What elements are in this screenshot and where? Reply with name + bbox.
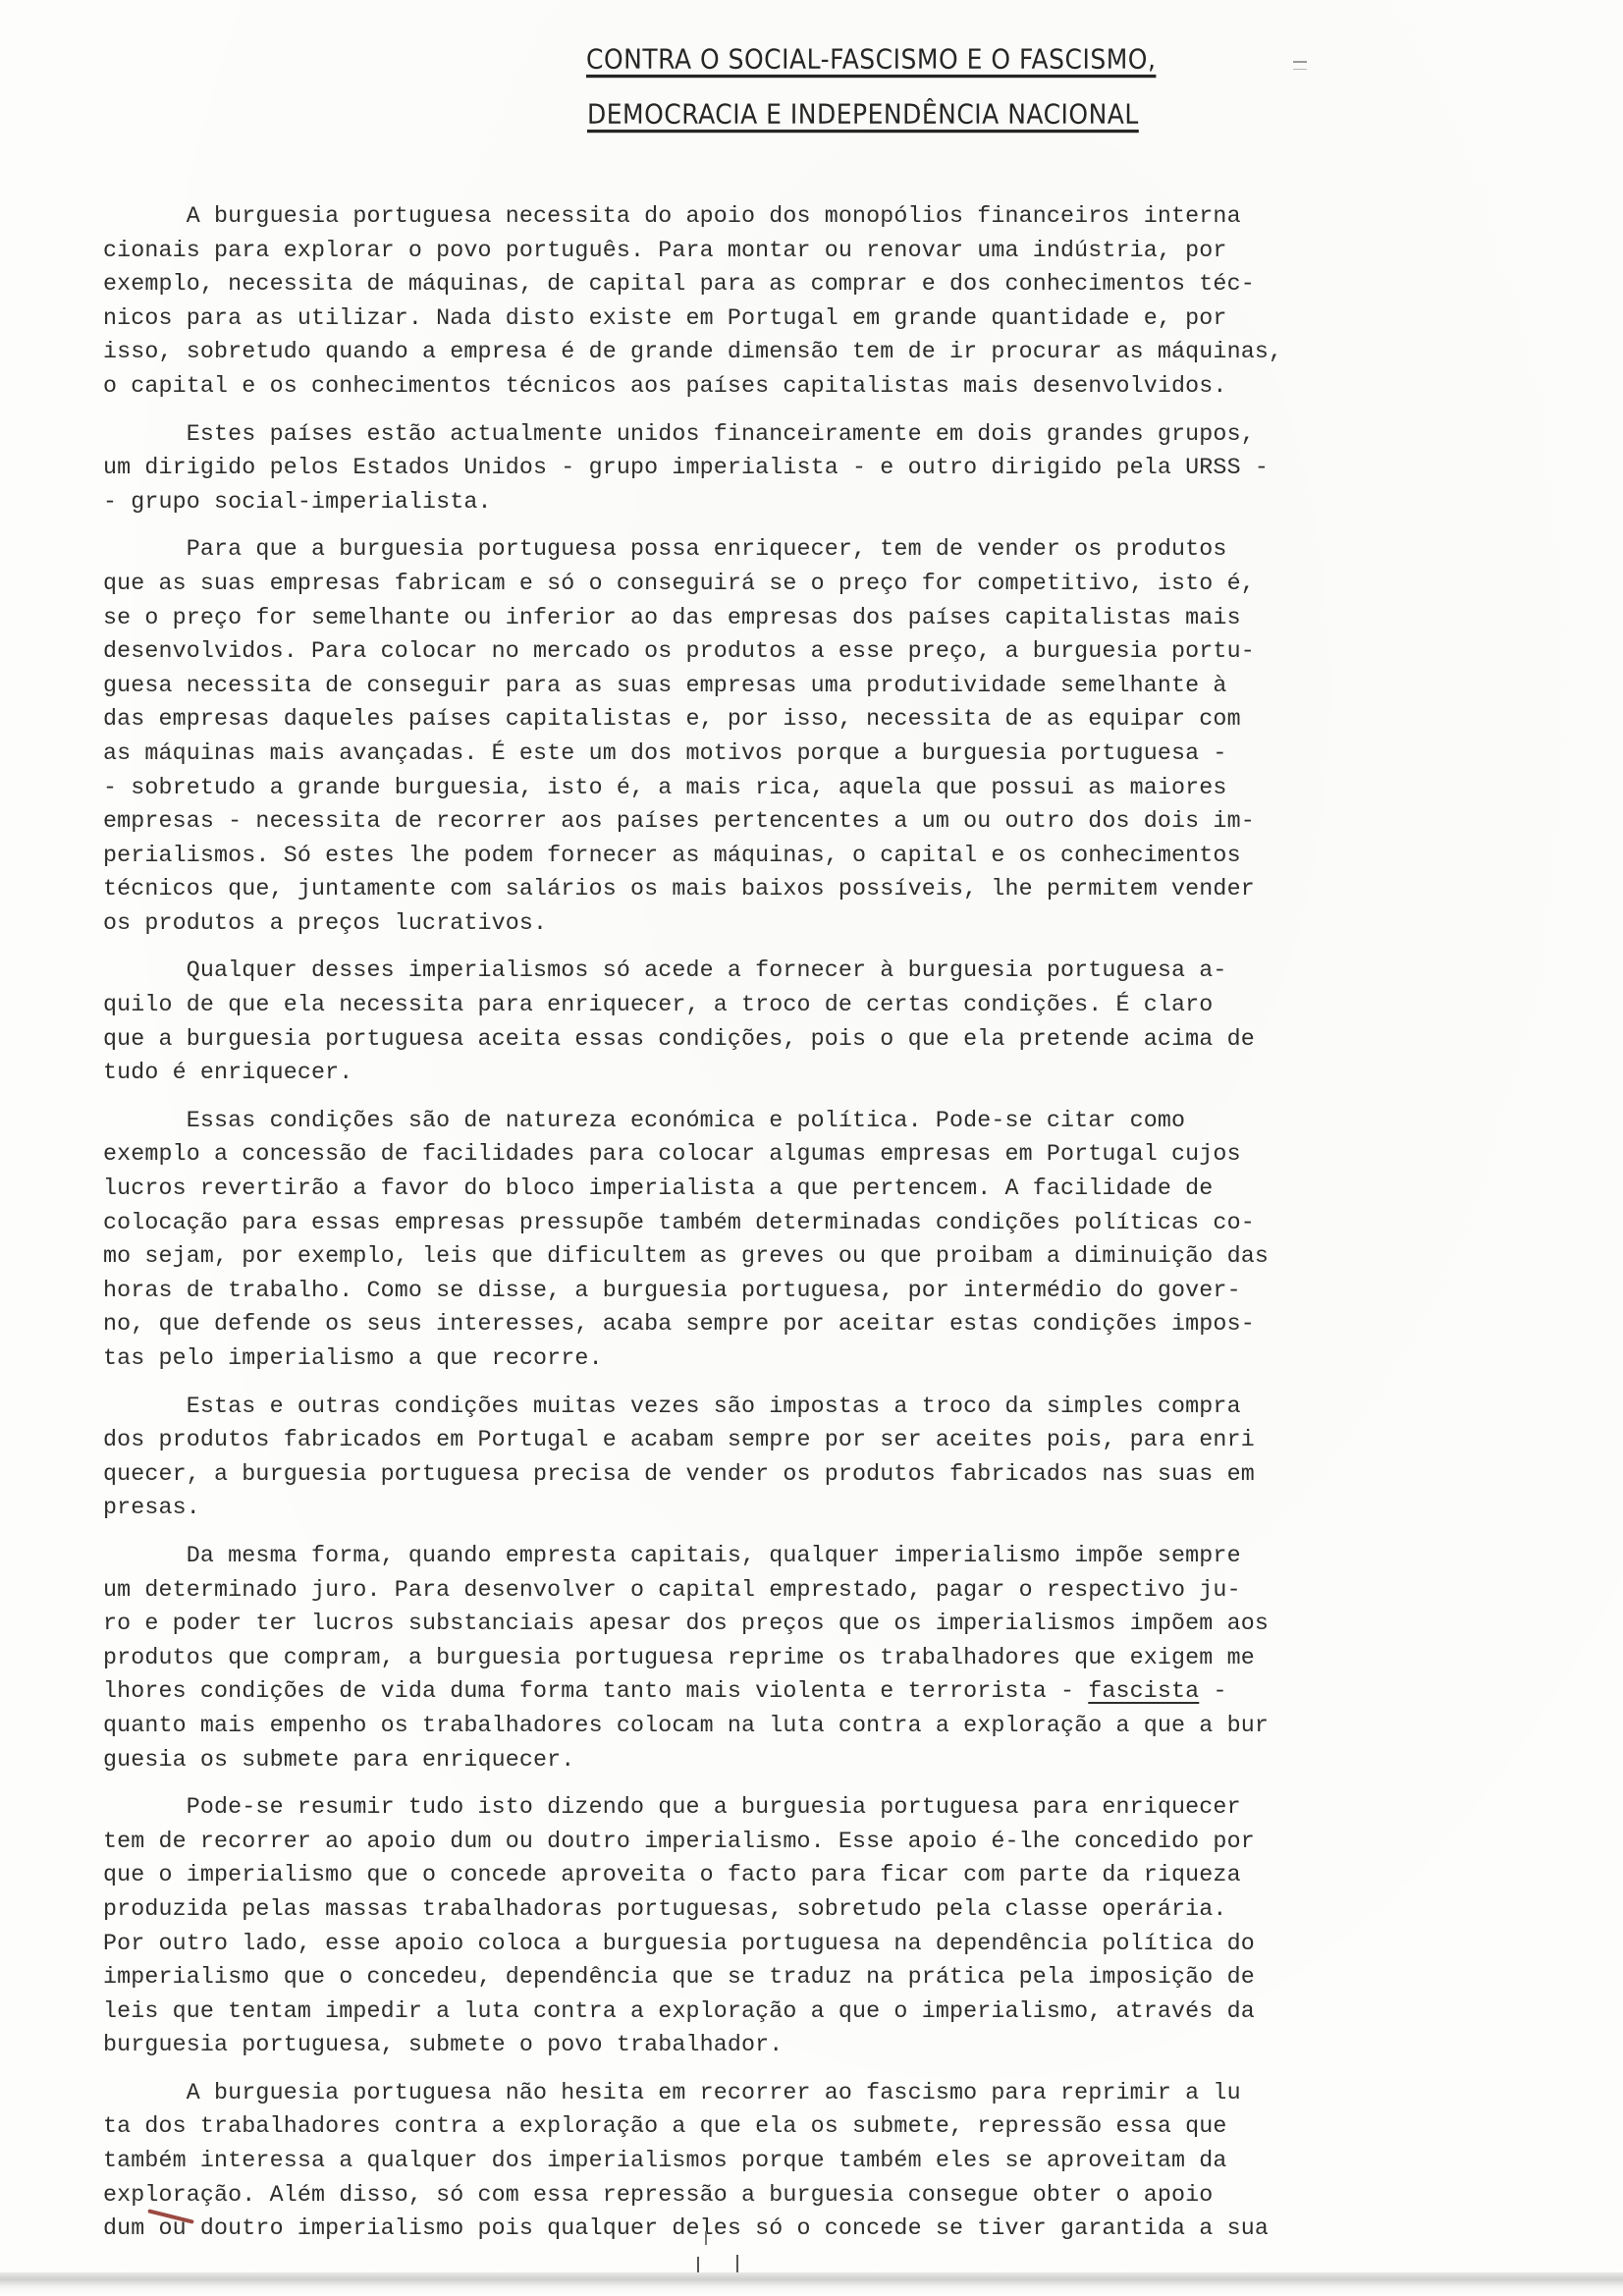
- text-line: leis que tentam impedir a luta contra a …: [103, 1995, 1488, 2029]
- text-line: exemplo a concessão de facilidades para …: [103, 1137, 1488, 1172]
- text-line: mo sejam, por exemplo, leis que dificult…: [103, 1239, 1488, 1274]
- paragraph-gap: [103, 1376, 1488, 1390]
- paragraph: Pode-se resumir tudo isto dizendo que a …: [103, 1790, 1488, 2062]
- text-line: o capital e os conhecimentos técnicos ao…: [103, 369, 1488, 404]
- margin-mark: [1293, 61, 1307, 70]
- text-line: ta dos trabalhadores contra a exploração…: [103, 2109, 1488, 2144]
- text-line: presas.: [103, 1491, 1488, 1525]
- document-page: CONTRA O SOCIAL-FASCISMO E O FASCISMO, D…: [0, 0, 1623, 2296]
- text-line: colocação para essas empresas pressupõe …: [103, 1206, 1488, 1240]
- text-line: se o preço for semelhante ou inferior ao…: [103, 601, 1488, 635]
- text-line: também interessa a qualquer dos imperial…: [103, 2144, 1488, 2178]
- text-line: quecer, a burguesia portuguesa precisa d…: [103, 1457, 1488, 1492]
- text-line: exemplo, necessita de máquinas, de capit…: [103, 267, 1488, 301]
- paragraph-gap: [103, 1525, 1488, 1539]
- text-line: isso, sobretudo quando a empresa é de gr…: [103, 335, 1488, 369]
- text-line: tas pelo imperialismo a que recorre.: [103, 1341, 1488, 1376]
- text-line: imperialismo que o concedeu, dependência…: [103, 1960, 1488, 1995]
- text-line: exploração. Além disso, só com essa repr…: [103, 2178, 1488, 2213]
- text-line: Pode-se resumir tudo isto dizendo que a …: [103, 1790, 1488, 1825]
- text-line: técnicos que, juntamente com salários os…: [103, 872, 1488, 906]
- text-line: no, que defende os seus interesses, acab…: [103, 1307, 1488, 1341]
- text-line: os produtos a preços lucrativos.: [103, 906, 1488, 941]
- text-line: Por outro lado, esse apoio coloca a burg…: [103, 1927, 1488, 1961]
- text-line: Da mesma forma, quando empresta capitais…: [103, 1539, 1488, 1573]
- paragraph: A burguesia portuguesa não hesita em rec…: [103, 2076, 1488, 2246]
- text-line: produzida pelas massas trabalhadoras por…: [103, 1892, 1488, 1927]
- text-line: as máquinas mais avançadas. É este um do…: [103, 737, 1488, 771]
- paragraph: Estes países estão actualmente unidos fi…: [103, 417, 1488, 519]
- paragraph-gap: [103, 1090, 1488, 1104]
- title-line-2: DEMOCRACIA E INDEPENDÊNCIA NACIONAL: [587, 98, 1139, 130]
- text-line: que o imperialismo que o concede aprovei…: [103, 1858, 1488, 1892]
- text-line: horas de trabalho. Como se disse, a burg…: [103, 1274, 1488, 1308]
- text-line: lucros revertirão a favor do bloco imper…: [103, 1172, 1488, 1206]
- text-line: desenvolvidos. Para colocar no mercado o…: [103, 634, 1488, 669]
- text-line: A burguesia portuguesa necessita do apoi…: [103, 199, 1488, 234]
- text-line: cionais para explorar o povo português. …: [103, 234, 1488, 268]
- page-bottom-edge: [0, 2272, 1623, 2296]
- text-line: um determinado juro. Para desenvolver o …: [103, 1573, 1488, 1608]
- text-line: dum ou doutro imperialismo pois qualquer…: [103, 2212, 1488, 2246]
- text-line: Qualquer desses imperialismos só acede a…: [103, 954, 1488, 988]
- paragraph: Da mesma forma, quando empresta capitais…: [103, 1539, 1488, 1777]
- text-line: - grupo social-imperialista.: [103, 485, 1488, 519]
- text-line: um dirigido pelos Estados Unidos - grupo…: [103, 451, 1488, 485]
- text-line: Essas condições são de natureza económic…: [103, 1104, 1488, 1138]
- paragraph: Essas condições são de natureza económic…: [103, 1104, 1488, 1376]
- paragraph: Estas e outras condições muitas vezes sã…: [103, 1390, 1488, 1525]
- text-line: Para que a burguesia portuguesa possa en…: [103, 532, 1488, 567]
- text-line: - sobretudo a grande burguesia, isto é, …: [103, 771, 1488, 805]
- text-line: A burguesia portuguesa não hesita em rec…: [103, 2076, 1488, 2110]
- paragraph-gap: [103, 519, 1488, 532]
- paragraph-gap: [103, 1777, 1488, 1790]
- text-line: Estas e outras condições muitas vezes sã…: [103, 1390, 1488, 1424]
- text-line: lhores condições de vida duma forma tant…: [103, 1674, 1488, 1709]
- text-line: dos produtos fabricados em Portugal e ac…: [103, 1423, 1488, 1457]
- text-line: guesa necessita de conseguir para as sua…: [103, 669, 1488, 703]
- text-line: que a burguesia portuguesa aceita essas …: [103, 1022, 1488, 1057]
- text-line: quilo de que ela necessita para enriquec…: [103, 988, 1488, 1022]
- text-line: que as suas empresas fabricam e só o con…: [103, 567, 1488, 601]
- text-line: tem de recorrer ao apoio dum ou doutro i…: [103, 1825, 1488, 1859]
- scan-artifact: [705, 2231, 707, 2245]
- paragraph: A burguesia portuguesa necessita do apoi…: [103, 199, 1488, 404]
- paragraph-gap: [103, 940, 1488, 954]
- text-line: produtos que compram, a burguesia portug…: [103, 1641, 1488, 1675]
- title-line-1: CONTRA O SOCIAL-FASCISMO E O FASCISMO,: [586, 43, 1156, 75]
- text-line: guesia os submete para enriquecer.: [103, 1743, 1488, 1777]
- underlined-word: fascista: [1088, 1678, 1199, 1704]
- paragraph-gap: [103, 2062, 1488, 2076]
- text-line: burguesia portuguesa, submete o povo tra…: [103, 2028, 1488, 2062]
- paragraph: Qualquer desses imperialismos só acede a…: [103, 954, 1488, 1089]
- text-line: ro e poder ter lucros substanciais apesa…: [103, 1607, 1488, 1641]
- text-line: perialismos. Só estes lhe podem fornecer…: [103, 839, 1488, 873]
- paragraph-gap: [103, 404, 1488, 417]
- text-line: quanto mais empenho os trabalhadores col…: [103, 1709, 1488, 1743]
- text-line: das empresas daqueles países capitalista…: [103, 702, 1488, 737]
- text-line: nicos para as utilizar. Nada disto exist…: [103, 301, 1488, 336]
- document-body: A burguesia portuguesa necessita do apoi…: [103, 199, 1488, 2246]
- text-line: tudo é enriquecer.: [103, 1056, 1488, 1090]
- text-line: empresas - necessita de recorrer aos paí…: [103, 804, 1488, 839]
- text-line: Estes países estão actualmente unidos fi…: [103, 417, 1488, 452]
- paragraph: Para que a burguesia portuguesa possa en…: [103, 532, 1488, 940]
